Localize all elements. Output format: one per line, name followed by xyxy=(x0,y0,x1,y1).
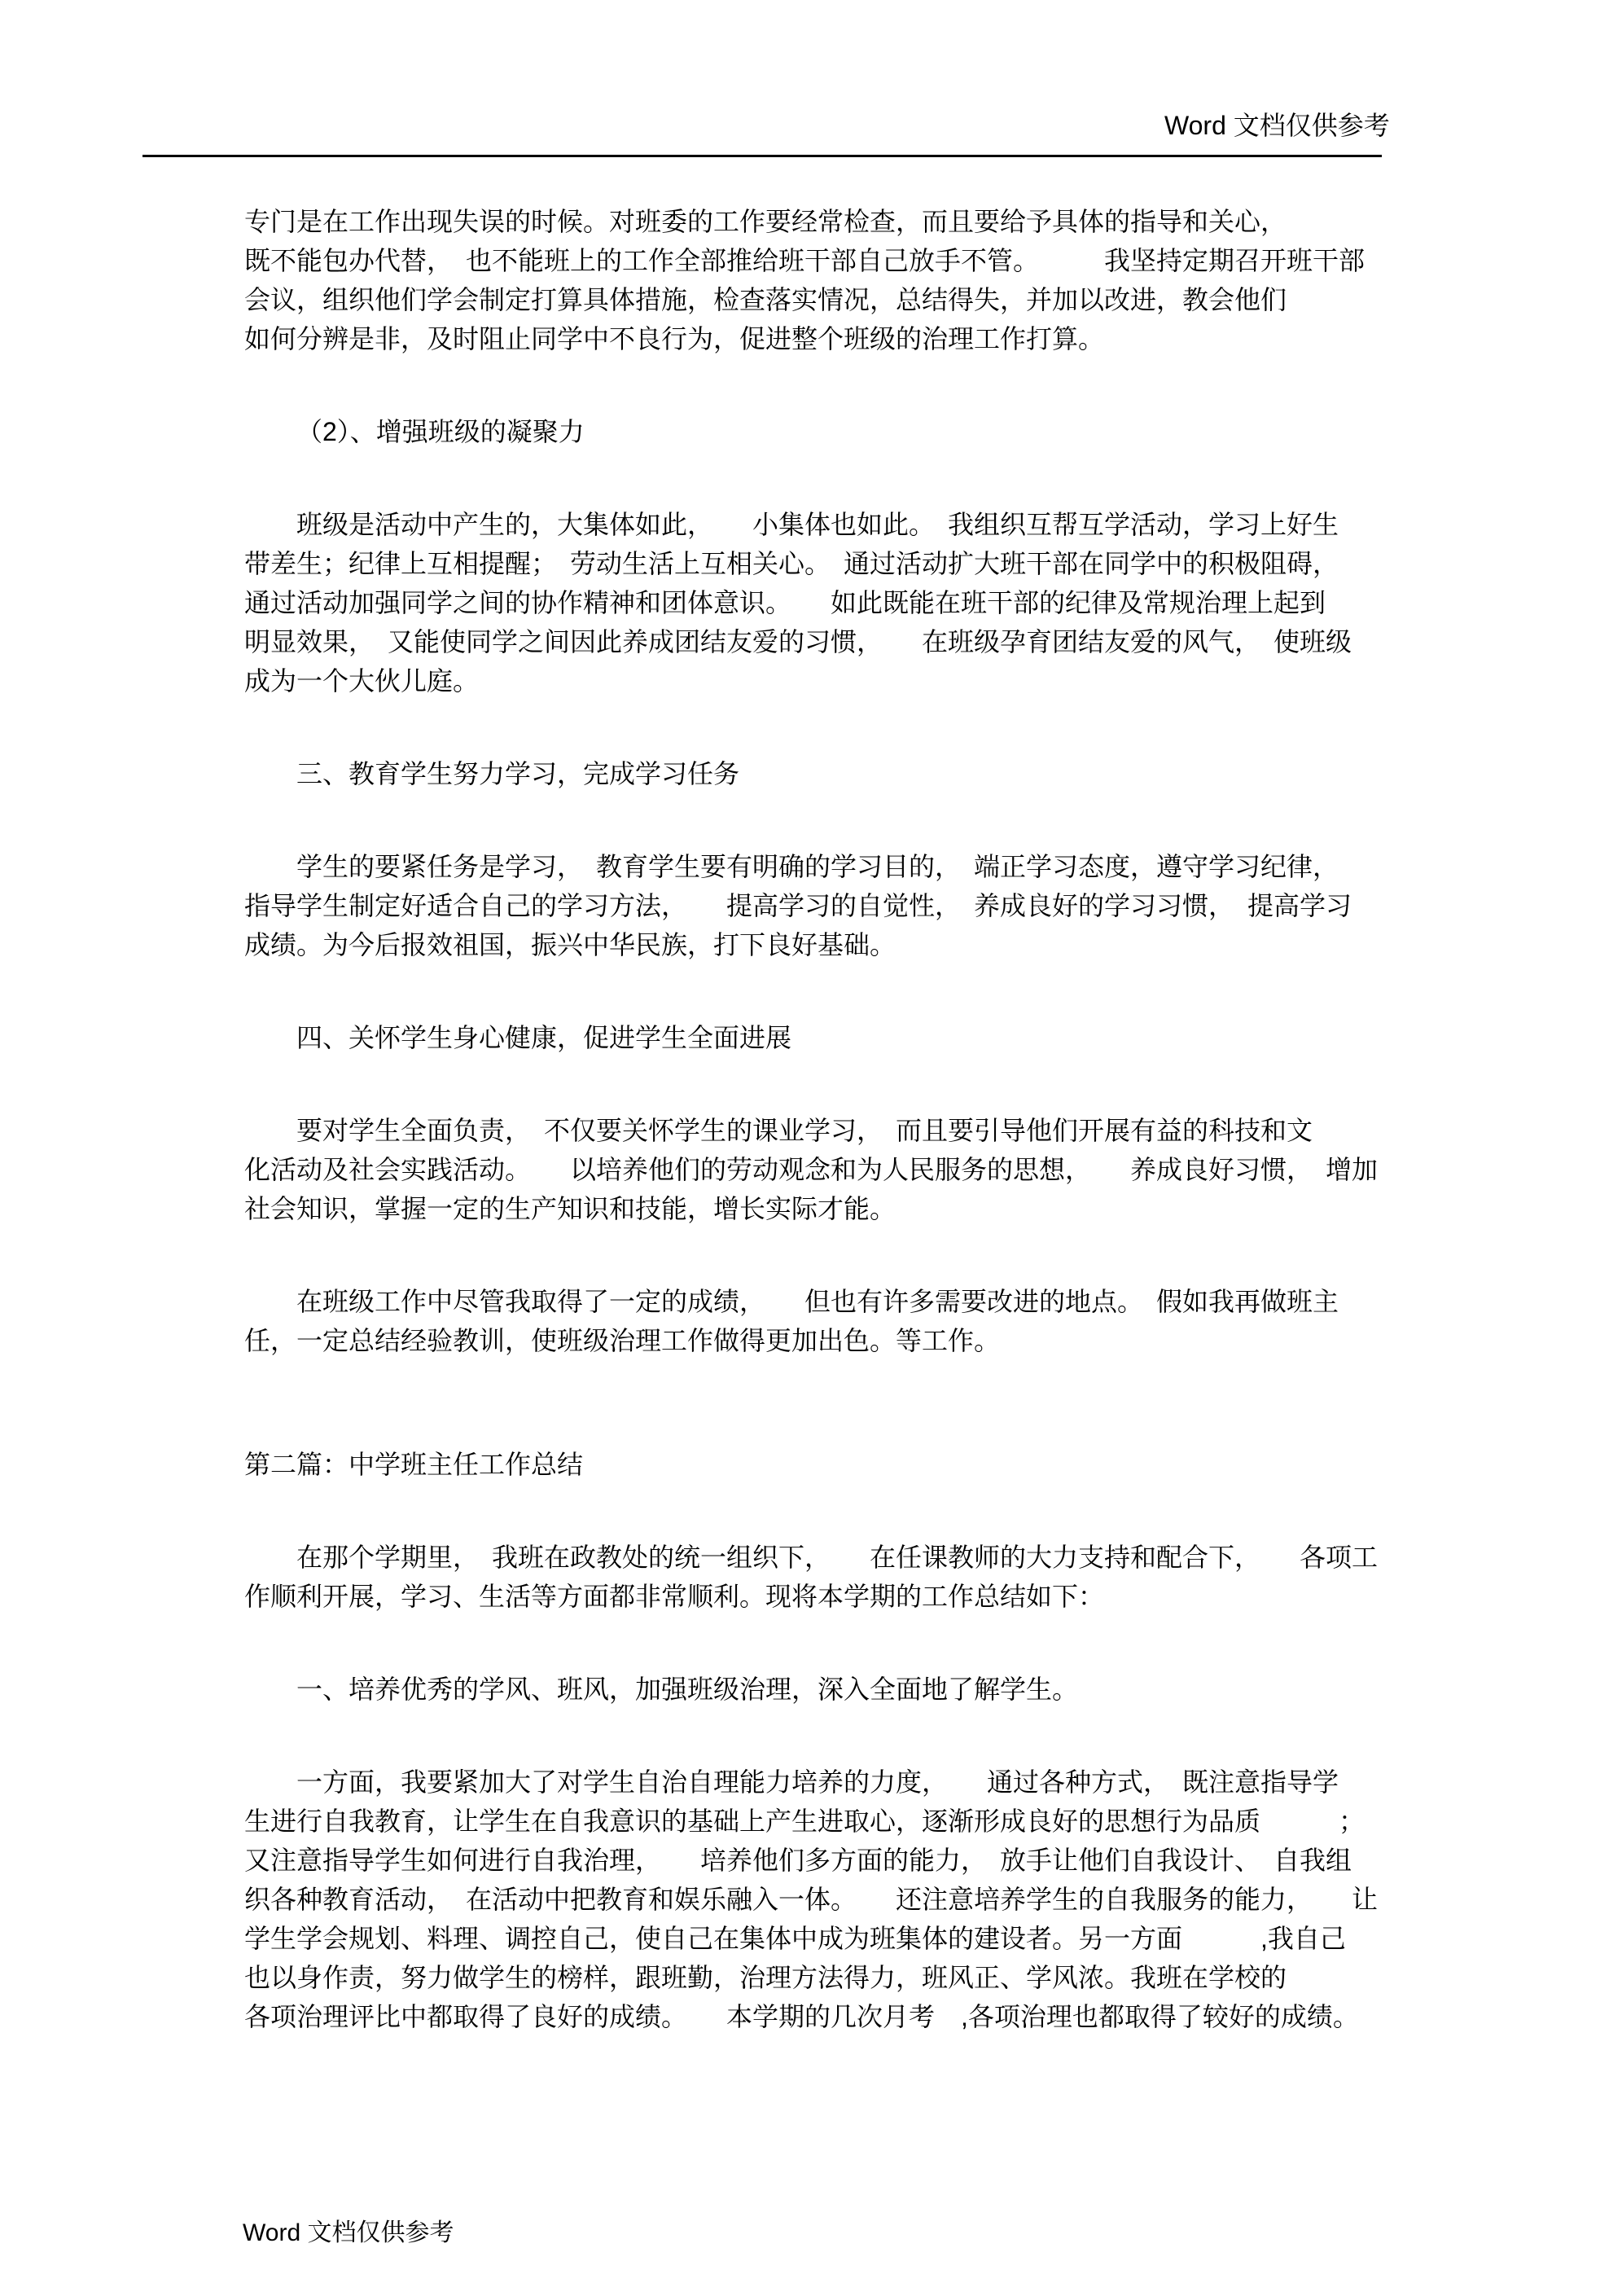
text-line: 一方面，我要紧加大了对学生自治自理能力培养的力度， 通过各种方式， 既注意指导学 xyxy=(244,1763,1589,1802)
paragraph: 在班级工作中尽管我取得了一定的成绩， 但也有许多需要改进的地点。 假如我再做班主… xyxy=(244,1282,1589,1360)
section-title: 第二篇：中学班主任工作总结 xyxy=(244,1445,1589,1484)
header-rule xyxy=(142,155,1382,157)
paragraph: 班级是活动中产生的，大集体如此， 小集体也如此。 我组织互帮互学活动，学习上好生… xyxy=(244,505,1589,700)
text-line: 明显效果， 又能使同学之间因此养成团结友爱的习惯， 在班级孕育团结友爱的风气， … xyxy=(244,622,1589,661)
text-line: 在那个学期里， 我班在政教处的统一组织下， 在任课教师的大力支持和配合下， 各项… xyxy=(244,1538,1589,1577)
paragraph: 一方面，我要紧加大了对学生自治自理能力培养的力度， 通过各种方式， 既注意指导学… xyxy=(244,1763,1589,2036)
heading: 一、培养优秀的学风、班风，加强班级治理，深入全面地了解学生。 xyxy=(244,1670,1589,1709)
paragraph: 在那个学期里， 我班在政教处的统一组织下， 在任课教师的大力支持和配合下， 各项… xyxy=(244,1538,1589,1616)
header-watermark-text: Word 文档仅供参考 xyxy=(1164,109,1390,142)
footer-watermark-text: Word 文档仅供参考 xyxy=(243,2217,454,2250)
text-line: 任，一定总结经验教训，使班级治理工作做得更加出色。等工作。 xyxy=(244,1321,1589,1360)
text-line: 如何分辨是非，及时阻止同学中不良行为，促进整个班级的治理工作打算。 xyxy=(244,319,1589,358)
text-line: 也以身作责，努力做学生的榜样，跟班勤，治理方法得力，班风正、学风浓。我班在学校的 xyxy=(244,1958,1589,1997)
text-line: （2）、增强班级的凝聚力 xyxy=(244,412,1589,451)
paragraph: 学生的要紧任务是学习， 教育学生要有明确的学习目的， 端正学习态度，遵守学习纪律… xyxy=(244,847,1589,964)
heading: （2）、增强班级的凝聚力 xyxy=(244,412,1589,451)
text-line: 既不能包办代替， 也不能班上的工作全部推给班干部自己放手不管。 我坚持定期召开班… xyxy=(244,241,1589,280)
text-line: 四、关怀学生身心健康，促进学生全面进展 xyxy=(244,1018,1589,1057)
heading: 四、关怀学生身心健康，促进学生全面进展 xyxy=(244,1018,1589,1057)
text-line: 指导学生制定好适合自己的学习方法， 提高学习的自觉性， 养成良好的学习习惯， 提… xyxy=(244,886,1589,925)
text-line: 一、培养优秀的学风、班风，加强班级治理，深入全面地了解学生。 xyxy=(244,1670,1589,1709)
document-page: Word 文档仅供参考 专门是在工作出现失误的时候。对班委的工作要经常检查，而且… xyxy=(0,0,1622,2296)
text-line: 作顺利开展，学习、生活等方面都非常顺利。现将本学期的工作总结如下： xyxy=(244,1577,1589,1616)
text-line: 在班级工作中尽管我取得了一定的成绩， 但也有许多需要改进的地点。 假如我再做班主 xyxy=(244,1282,1589,1321)
text-line: 专门是在工作出现失误的时候。对班委的工作要经常检查，而且要给予具体的指导和关心， xyxy=(244,202,1589,241)
text-line: 第二篇：中学班主任工作总结 xyxy=(244,1445,1589,1484)
text-line: 会议，组织他们学会制定打算具体措施，检查落实情况，总结得失，并加以改进，教会他们 xyxy=(244,280,1589,319)
text-line: 学生学会规划、料理、调控自己，使自己在集体中成为班集体的建设者。另一方面 ,我自… xyxy=(244,1919,1589,1958)
text-line: 通过活动加强同学之间的协作精神和团体意识。 如此既能在班干部的纪律及常规治理上起… xyxy=(244,583,1589,622)
text-line: 要对学生全面负责， 不仅要关怀学生的课业学习， 而且要引导他们开展有益的科技和文 xyxy=(244,1111,1589,1150)
text-line: 成为一个大伙儿庭。 xyxy=(244,661,1589,700)
text-line: 社会知识，掌握一定的生产知识和技能，增长实际才能。 xyxy=(244,1189,1589,1228)
text-line: 又注意指导学生如何进行自我治理， 培养他们多方面的能力， 放手让他们自我设计、 … xyxy=(244,1841,1589,1880)
document-body: 专门是在工作出现失误的时候。对班委的工作要经常检查，而且要给予具体的指导和关心，… xyxy=(244,202,1589,2090)
text-line: 学生的要紧任务是学习， 教育学生要有明确的学习目的， 端正学习态度，遵守学习纪律… xyxy=(244,847,1589,886)
text-line: 织各种教育活动， 在活动中把教育和娱乐融入一体。 还注意培养学生的自我服务的能力… xyxy=(244,1880,1589,1919)
text-line: 带差生；纪律上互相提醒； 劳动生活上互相关心。 通过活动扩大班干部在同学中的积极… xyxy=(244,544,1589,583)
text-line: 成绩。为今后报效祖国，振兴中华民族，打下良好基础。 xyxy=(244,925,1589,964)
text-line: 班级是活动中产生的，大集体如此， 小集体也如此。 我组织互帮互学活动，学习上好生 xyxy=(244,505,1589,544)
paragraph: 要对学生全面负责， 不仅要关怀学生的课业学习， 而且要引导他们开展有益的科技和文… xyxy=(244,1111,1589,1228)
text-line: 三、教育学生努力学习，完成学习任务 xyxy=(244,754,1589,793)
text-line: 化活动及社会实践活动。 以培养他们的劳动观念和为人民服务的思想， 养成良好习惯，… xyxy=(244,1150,1589,1189)
paragraph: 专门是在工作出现失误的时候。对班委的工作要经常检查，而且要给予具体的指导和关心，… xyxy=(244,202,1589,358)
heading: 三、教育学生努力学习，完成学习任务 xyxy=(244,754,1589,793)
text-line: 生进行自我教育，让学生在自我意识的基础上产生进取心，逐渐形成良好的思想行为品质 … xyxy=(244,1802,1589,1841)
text-line: 各项治理评比中都取得了良好的成绩。 本学期的几次月考 ,各项治理也都取得了较好的… xyxy=(244,1997,1589,2036)
